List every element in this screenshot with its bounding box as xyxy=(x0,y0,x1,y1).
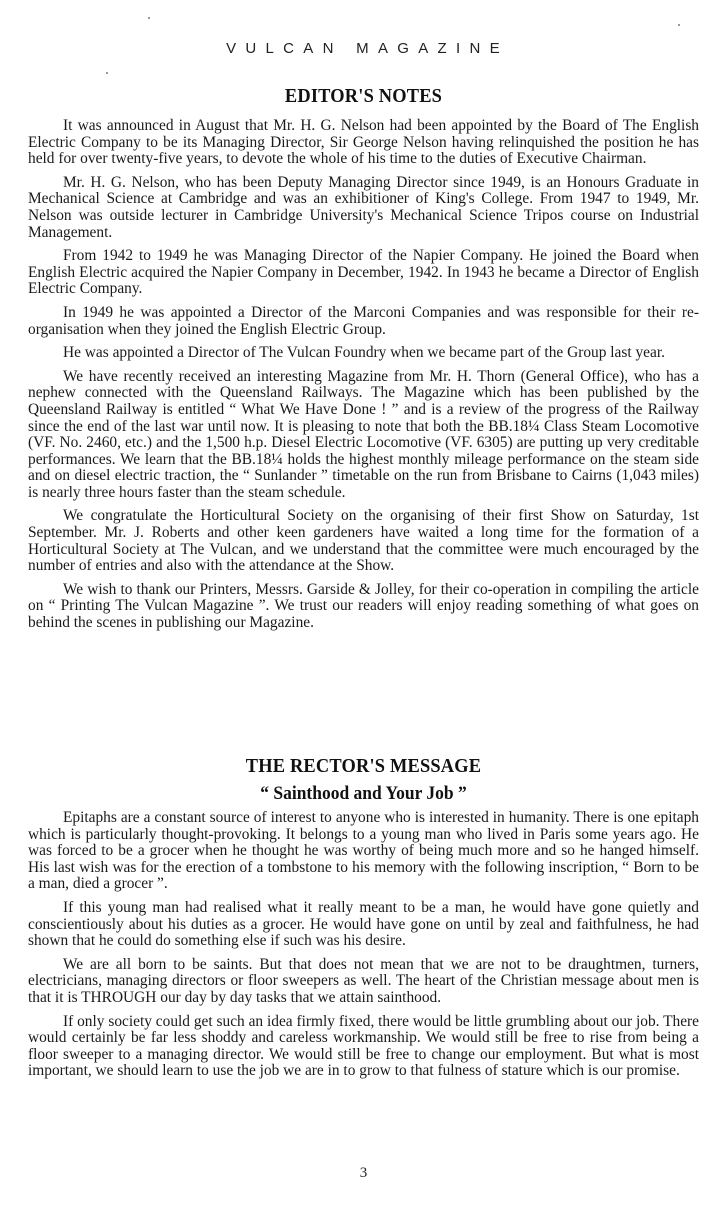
paragraph: In 1949 he was appointed a Director of t… xyxy=(28,305,699,338)
paragraph: We have recently received an interesting… xyxy=(28,369,699,502)
paragraph: Epitaphs are a constant source of intere… xyxy=(28,810,699,893)
print-speck xyxy=(148,17,150,19)
paragraph: If only society could get such an idea f… xyxy=(28,1014,699,1080)
paragraph: We wish to thank our Printers, Messrs. G… xyxy=(28,582,699,632)
rectors-message-subheading: “ Sainthood and Your Job ” xyxy=(55,783,672,805)
print-speck xyxy=(106,72,108,74)
paragraph: From 1942 to 1949 he was Managing Direct… xyxy=(28,248,699,298)
paragraph: He was appointed a Director of The Vulca… xyxy=(28,345,699,362)
paragraph: We congratulate the Horticultural Societ… xyxy=(28,508,699,574)
paragraph: Mr. H. G. Nelson, who has been Deputy Ma… xyxy=(28,175,699,241)
editors-notes-heading: EDITOR'S NOTES xyxy=(55,85,672,108)
print-speck xyxy=(678,24,680,26)
paragraph: If this young man had realised what it r… xyxy=(28,900,699,950)
editors-notes-body: It was announced in August that Mr. H. G… xyxy=(28,118,699,639)
masthead: VULCAN MAGAZINE xyxy=(28,40,699,57)
paragraph: We are all born to be saints. But that d… xyxy=(28,957,699,1007)
rectors-message-body: Epitaphs are a constant source of intere… xyxy=(28,810,699,1087)
page-number: 3 xyxy=(28,1165,699,1182)
paragraph: It was announced in August that Mr. H. G… xyxy=(28,118,699,168)
rectors-message-heading: THE RECTOR'S MESSAGE xyxy=(55,755,672,778)
